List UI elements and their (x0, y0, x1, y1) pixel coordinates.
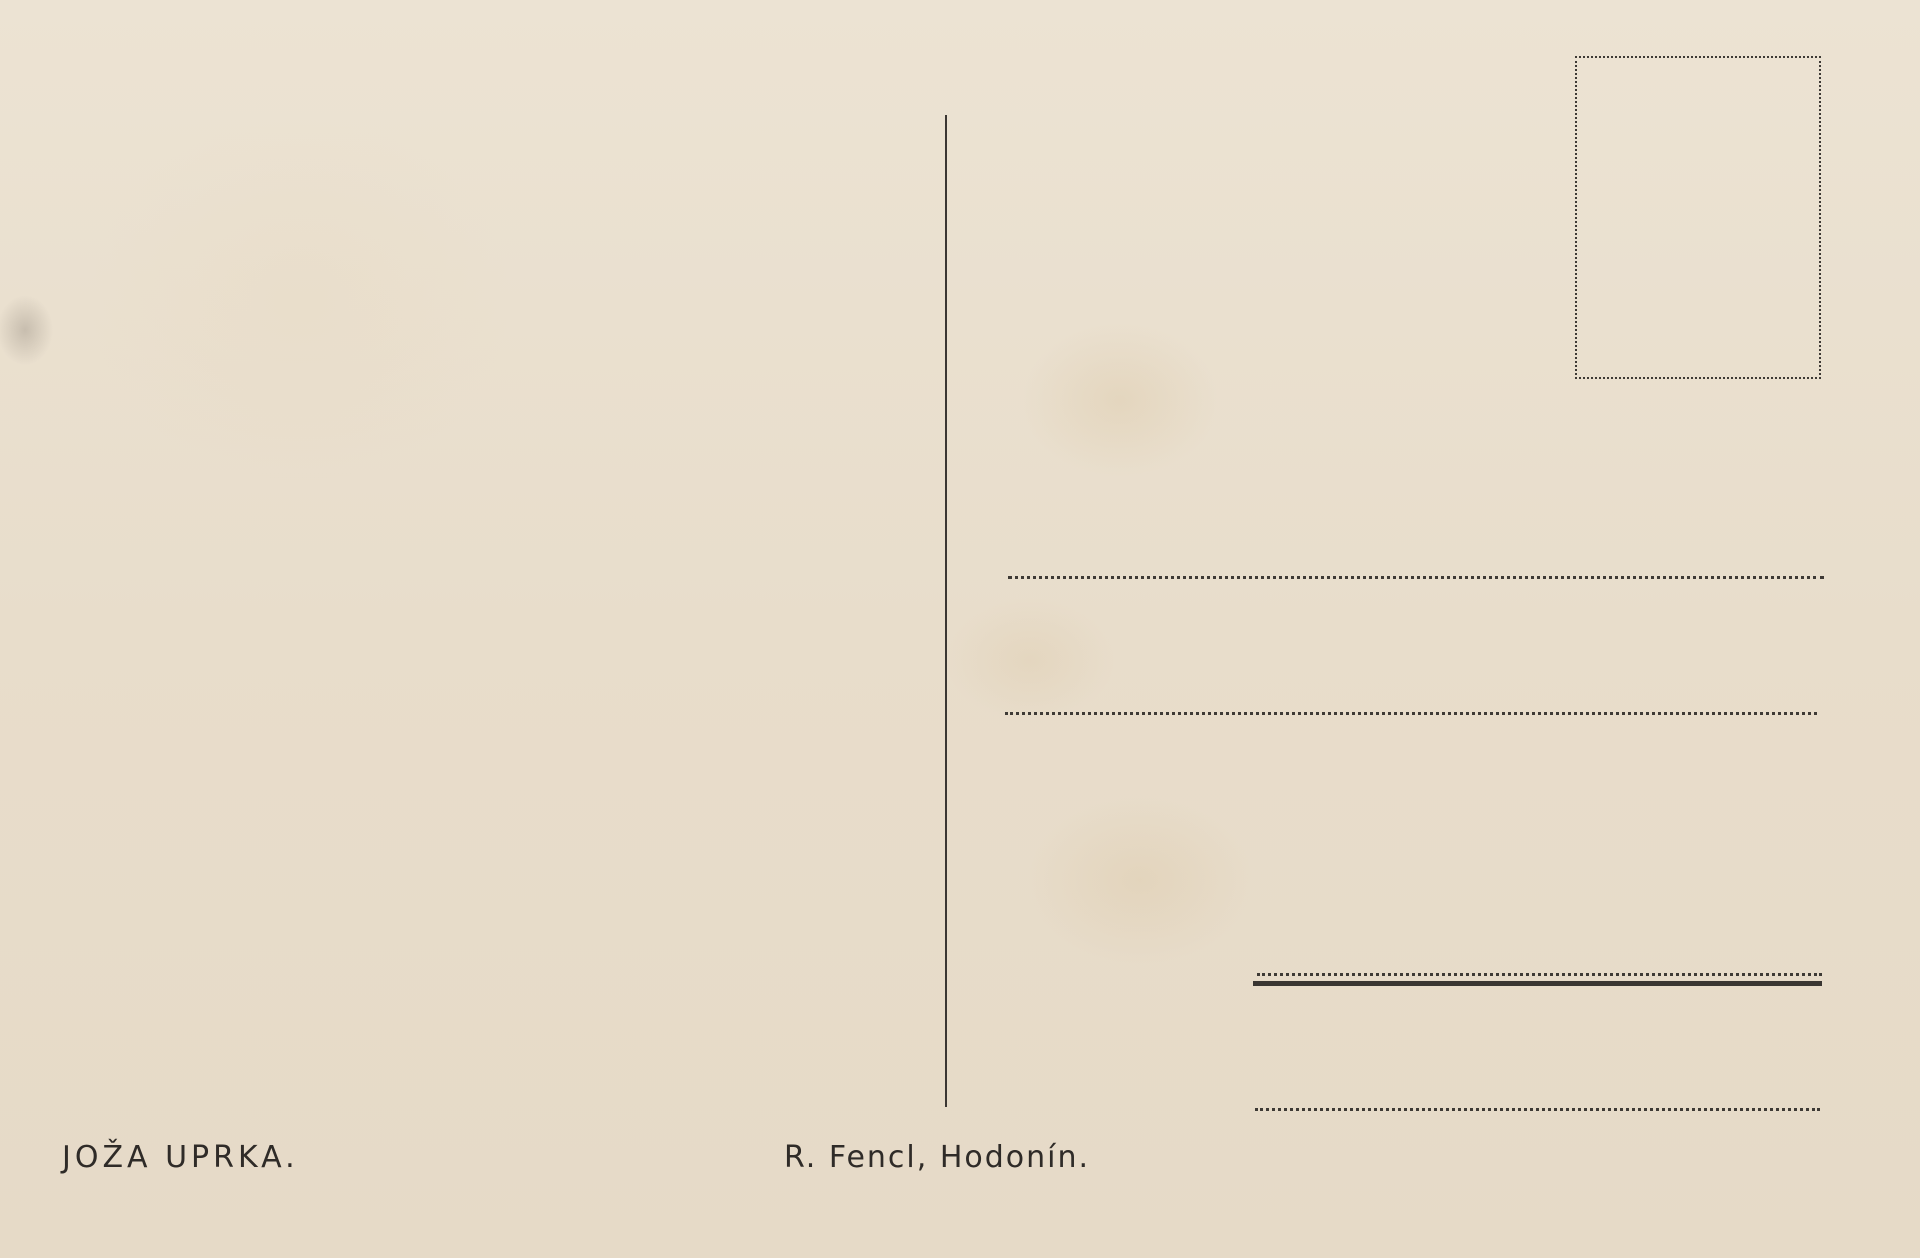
address-line-2 (1005, 712, 1817, 715)
stamp-placeholder-box (1575, 56, 1821, 379)
center-divider-line (945, 115, 947, 1107)
postcard-back: JOŽA UPRKA. R. Fencl, Hodonín. (0, 0, 1920, 1258)
address-line-3-dotted (1257, 973, 1822, 976)
publisher-credit: R. Fencl, Hodonín. (784, 1140, 1090, 1175)
address-line-1 (1008, 576, 1824, 579)
address-line-4 (1255, 1108, 1820, 1111)
artist-credit: JOŽA UPRKA. (62, 1140, 299, 1175)
address-line-3-underline (1253, 981, 1822, 986)
